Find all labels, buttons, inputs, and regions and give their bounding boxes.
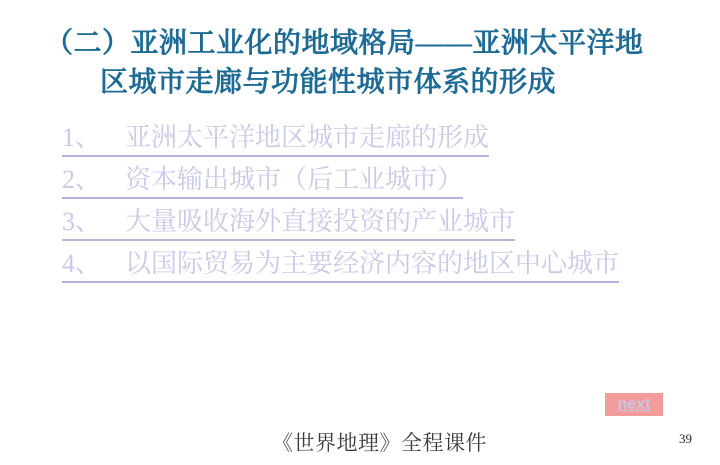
topic-number: 1、 bbox=[62, 122, 125, 154]
topic-number: 2、 bbox=[62, 164, 125, 196]
topic-link-3[interactable]: 3、大量吸收海外直接投资的产业城市 bbox=[62, 206, 702, 241]
topic-list: 1、亚洲太平洋地区城市走廊的形成 2、资本输出城市（后工业城市） 3、大量吸收海… bbox=[62, 122, 702, 290]
footer-caption: 《世界地理》全程课件 bbox=[272, 427, 487, 457]
next-button[interactable]: next bbox=[605, 393, 663, 416]
title-line-2: 区城市走廊与功能性城市体系的形成 bbox=[0, 63, 720, 102]
next-button-label: next bbox=[618, 396, 651, 413]
topic-link-2-inner[interactable]: 2、资本输出城市（后工业城市） bbox=[62, 164, 463, 199]
topic-link-4[interactable]: 4、以国际贸易为主要经济内容的地区中心城市 bbox=[62, 248, 702, 283]
topic-label: 大量吸收海外直接投资的产业城市 bbox=[125, 207, 515, 236]
topic-number: 3、 bbox=[62, 206, 125, 238]
topic-link-4-inner[interactable]: 4、以国际贸易为主要经济内容的地区中心城市 bbox=[62, 248, 619, 283]
slide: （二）亚洲工业化的地域格局——亚洲太平洋地 区城市走廊与功能性城市体系的形成 1… bbox=[0, 0, 720, 465]
topic-label: 资本输出城市（后工业城市） bbox=[125, 165, 463, 194]
slide-title: （二）亚洲工业化的地域格局——亚洲太平洋地 区城市走廊与功能性城市体系的形成 bbox=[0, 24, 720, 102]
page-number: 39 bbox=[679, 431, 692, 447]
topic-link-3-inner[interactable]: 3、大量吸收海外直接投资的产业城市 bbox=[62, 206, 515, 241]
title-line-1: （二）亚洲工业化的地域格局——亚洲太平洋地 bbox=[0, 24, 720, 63]
topic-link-1[interactable]: 1、亚洲太平洋地区城市走廊的形成 bbox=[62, 122, 702, 157]
topic-label: 以国际贸易为主要经济内容的地区中心城市 bbox=[125, 249, 619, 278]
topic-label: 亚洲太平洋地区城市走廊的形成 bbox=[125, 123, 489, 152]
topic-link-1-inner[interactable]: 1、亚洲太平洋地区城市走廊的形成 bbox=[62, 122, 489, 157]
topic-link-2[interactable]: 2、资本输出城市（后工业城市） bbox=[62, 164, 702, 199]
topic-number: 4、 bbox=[62, 248, 125, 280]
